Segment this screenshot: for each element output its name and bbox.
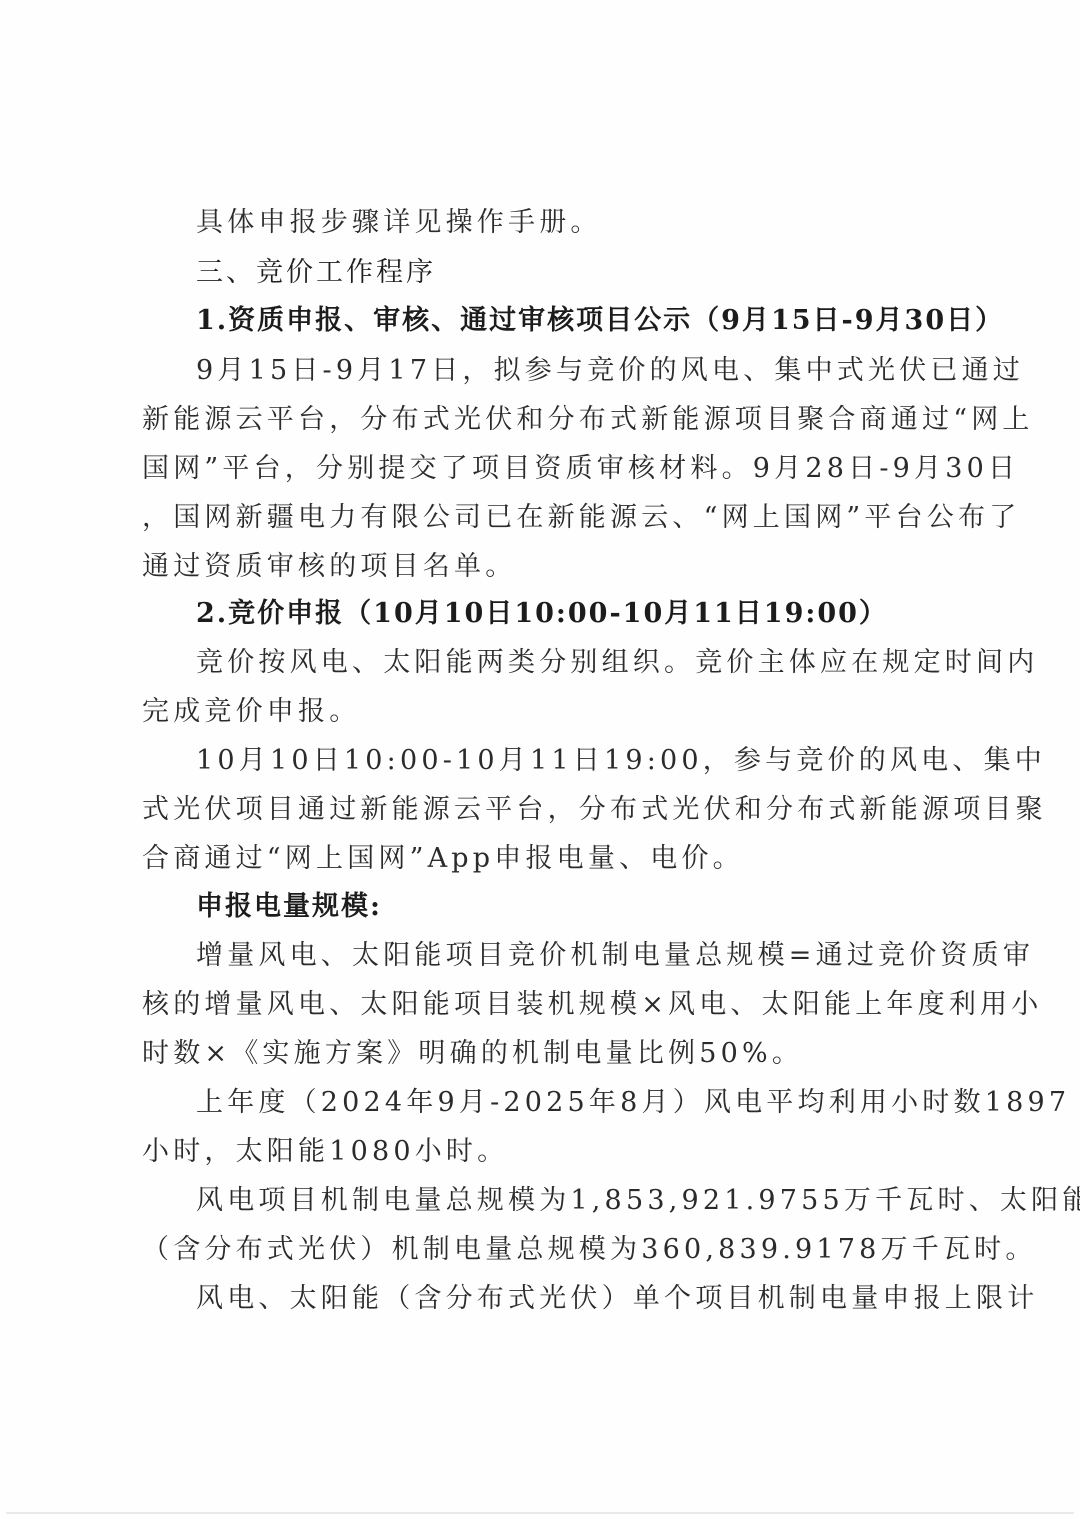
paragraph-line: 风电、太阳能（含分布式光伏）单个项目机制电量申报上限计 bbox=[196, 1281, 954, 1317]
paragraph-line: 10月10日10:00-10月11日19:00，参与竞价的风电、集中 bbox=[196, 743, 954, 779]
paragraph-line: （含分布式光伏）机制电量总规模为360,839.9178万千瓦时。 bbox=[142, 1232, 954, 1268]
paragraph-line: 核的增量风电、太阳能项目装机规模×风电、太阳能上年度利用小 bbox=[142, 987, 954, 1023]
paragraph-line: 竞价按风电、太阳能两类分别组织。竞价主体应在规定时间内 bbox=[196, 645, 954, 681]
paragraph-manual-reference: 具体申报步骤详见操作手册。 bbox=[196, 205, 954, 241]
paragraph-line: 式光伏项目通过新能源云平台，分布式光伏和分布式新能源项目聚 bbox=[142, 792, 954, 828]
subheading-declared-volume-scale: 申报电量规模: bbox=[196, 889, 954, 925]
subheading-bid-submission: 2.竞价申报（10月10日10:00-10月11日19:00） bbox=[196, 596, 954, 632]
paragraph-line: 合商通过“网上国网”App申报电量、电价。 bbox=[142, 841, 954, 877]
paragraph-line: 增量风电、太阳能项目竞价机制电量总规模=通过竞价资质审 bbox=[196, 938, 954, 974]
paragraph-line: 时数×《实施方案》明确的机制电量比例50%。 bbox=[142, 1036, 954, 1072]
document-page: 具体申报步骤详见操作手册。 三、竞价工作程序 1.资质申报、审核、通过审核项目公… bbox=[0, 0, 1080, 1519]
paragraph-line: 9月15日-9月17日，拟参与竞价的风电、集中式光伏已通过 bbox=[196, 353, 954, 389]
paragraph-line: 风电项目机制电量总规模为1,853,921.9755万千瓦时、太阳能 bbox=[196, 1183, 954, 1219]
paragraph-line: 新能源云平台，分布式光伏和分布式新能源项目聚合商通过“网上 bbox=[142, 402, 954, 438]
paragraph-line: 通过资质审核的项目名单。 bbox=[142, 549, 954, 585]
paragraph-line: 上年度（2024年9月-2025年8月）风电平均利用小时数1897 bbox=[196, 1085, 954, 1121]
subheading-qualification: 1.资质申报、审核、通过审核项目公示（9月15日-9月30日） bbox=[196, 303, 954, 339]
paragraph-line: 小时，太阳能1080小时。 bbox=[142, 1134, 954, 1170]
page-bottom-edge bbox=[6, 1512, 1074, 1514]
paragraph-line: 国网”平台，分别提交了项目资质审核材料。9月28日-9月30日 bbox=[142, 451, 954, 487]
section-heading-bidding-procedure: 三、竞价工作程序 bbox=[196, 255, 954, 291]
paragraph-line: 完成竞价申报。 bbox=[142, 694, 954, 730]
paragraph-line: ，国网新疆电力有限公司已在新能源云、“网上国网”平台公布了 bbox=[142, 500, 954, 536]
